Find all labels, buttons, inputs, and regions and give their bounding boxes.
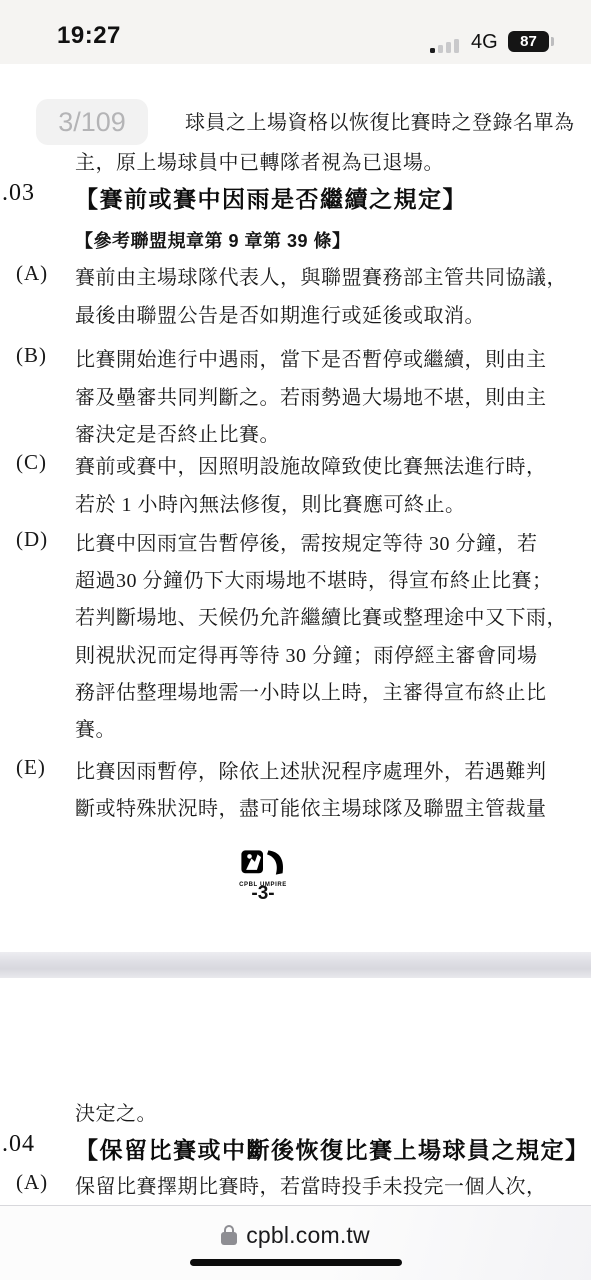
doc-line: 賽前或賽中，因照明設施故障致使比賽無法進行時，: [75, 450, 547, 479]
doc-line: 超過30 分鐘仍下大雨場地不堪時，得宣布終止比賽；: [75, 564, 553, 593]
doc-line: 主，原上場球員中已轉隊者視為已退場。: [75, 146, 444, 175]
umpire-logo-icon: [241, 849, 285, 876]
doc-line: 球員之上場資格以恢復比賽時之登錄名單為: [185, 106, 575, 135]
doc-line: 賽。: [75, 713, 116, 742]
doc-line: 比賽開始進行中遇雨，當下是否暫停或繼續，則由主: [75, 343, 547, 372]
doc-line: 若於 1 小時內無法修復，則比賽應可終止。: [75, 488, 466, 517]
browser-bottom-bar: cpbl.com.tw: [0, 1205, 591, 1280]
doc-line: 決定之。: [75, 1097, 157, 1126]
doc-line: 若判斷場地、天候仍允許繼續比賽或整理途中又下雨，: [75, 601, 567, 630]
url-text: cpbl.com.tw: [246, 1222, 370, 1249]
doc-line: 務評估整理場地需一小時以上時，主審得宣布終止比: [75, 676, 547, 705]
doc-line: 審決定是否終止比賽。: [75, 418, 280, 447]
section-title: 【保留比賽或中斷後恢復比賽上場球員之規定】: [75, 1132, 590, 1165]
doc-line: 比賽中因雨宣告暫停後，需按規定等待 30 分鐘，若: [75, 527, 538, 556]
battery-icon: 87: [508, 31, 549, 52]
doc-line: 保留比賽擇期比賽時，若當時投手未投完一個人次，: [75, 1170, 547, 1199]
item-label: (A): [16, 261, 48, 286]
item-label: (A): [16, 1170, 48, 1195]
doc-line: 審及壘審共同判斷之。若雨勢過大場地不堪，則由主: [75, 381, 547, 410]
item-label: (B): [16, 343, 47, 368]
doc-line: 賽前由主場球隊代表人，與聯盟賽務部主管共同協議，: [75, 261, 567, 290]
battery-tip-icon: [551, 37, 554, 46]
page-indicator-pill: 3/109: [36, 99, 148, 145]
doc-page-number: -3-: [235, 883, 291, 905]
section-number: .03: [2, 180, 35, 207]
doc-line: 最後由聯盟公告是否如期進行或延後或取消。: [75, 299, 485, 328]
page-separator: [0, 952, 591, 978]
doc-line: 斷或特殊狀況時，盡可能依主場球隊及聯盟主管裁量: [75, 792, 547, 821]
item-label: (E): [16, 755, 46, 780]
phone-screen: 19:27 4G 87 3/109 球員之上場資格以恢復比賽時之登錄名單為 主，…: [0, 0, 591, 1280]
cellular-signal-icon: [430, 38, 462, 53]
home-indicator[interactable]: [190, 1259, 402, 1266]
status-clock: 19:27: [57, 22, 121, 50]
pdf-viewer[interactable]: 3/109 球員之上場資格以恢復比賽時之登錄名單為 主，原上場球員中已轉隊者視為…: [0, 64, 591, 1205]
doc-line: 則視狀況而定得再等待 30 分鐘；雨停經主審會同場: [75, 639, 538, 668]
item-label: (D): [16, 527, 48, 552]
section-number: .04: [2, 1131, 35, 1158]
status-bar: 19:27 4G 87: [0, 0, 591, 64]
doc-line: 比賽因雨暫停，除依上述狀況程序處理外，若遇難判: [75, 755, 547, 784]
section-reference-note: 【參考聯盟規章第 9 章第 39 條】: [75, 227, 351, 253]
address-bar[interactable]: cpbl.com.tw: [0, 1220, 591, 1250]
network-type-label: 4G: [471, 31, 498, 54]
lock-icon: [221, 1232, 237, 1245]
item-label: (C): [16, 450, 47, 475]
section-title: 【賽前或賽中因雨是否繼續之規定】: [75, 181, 467, 214]
